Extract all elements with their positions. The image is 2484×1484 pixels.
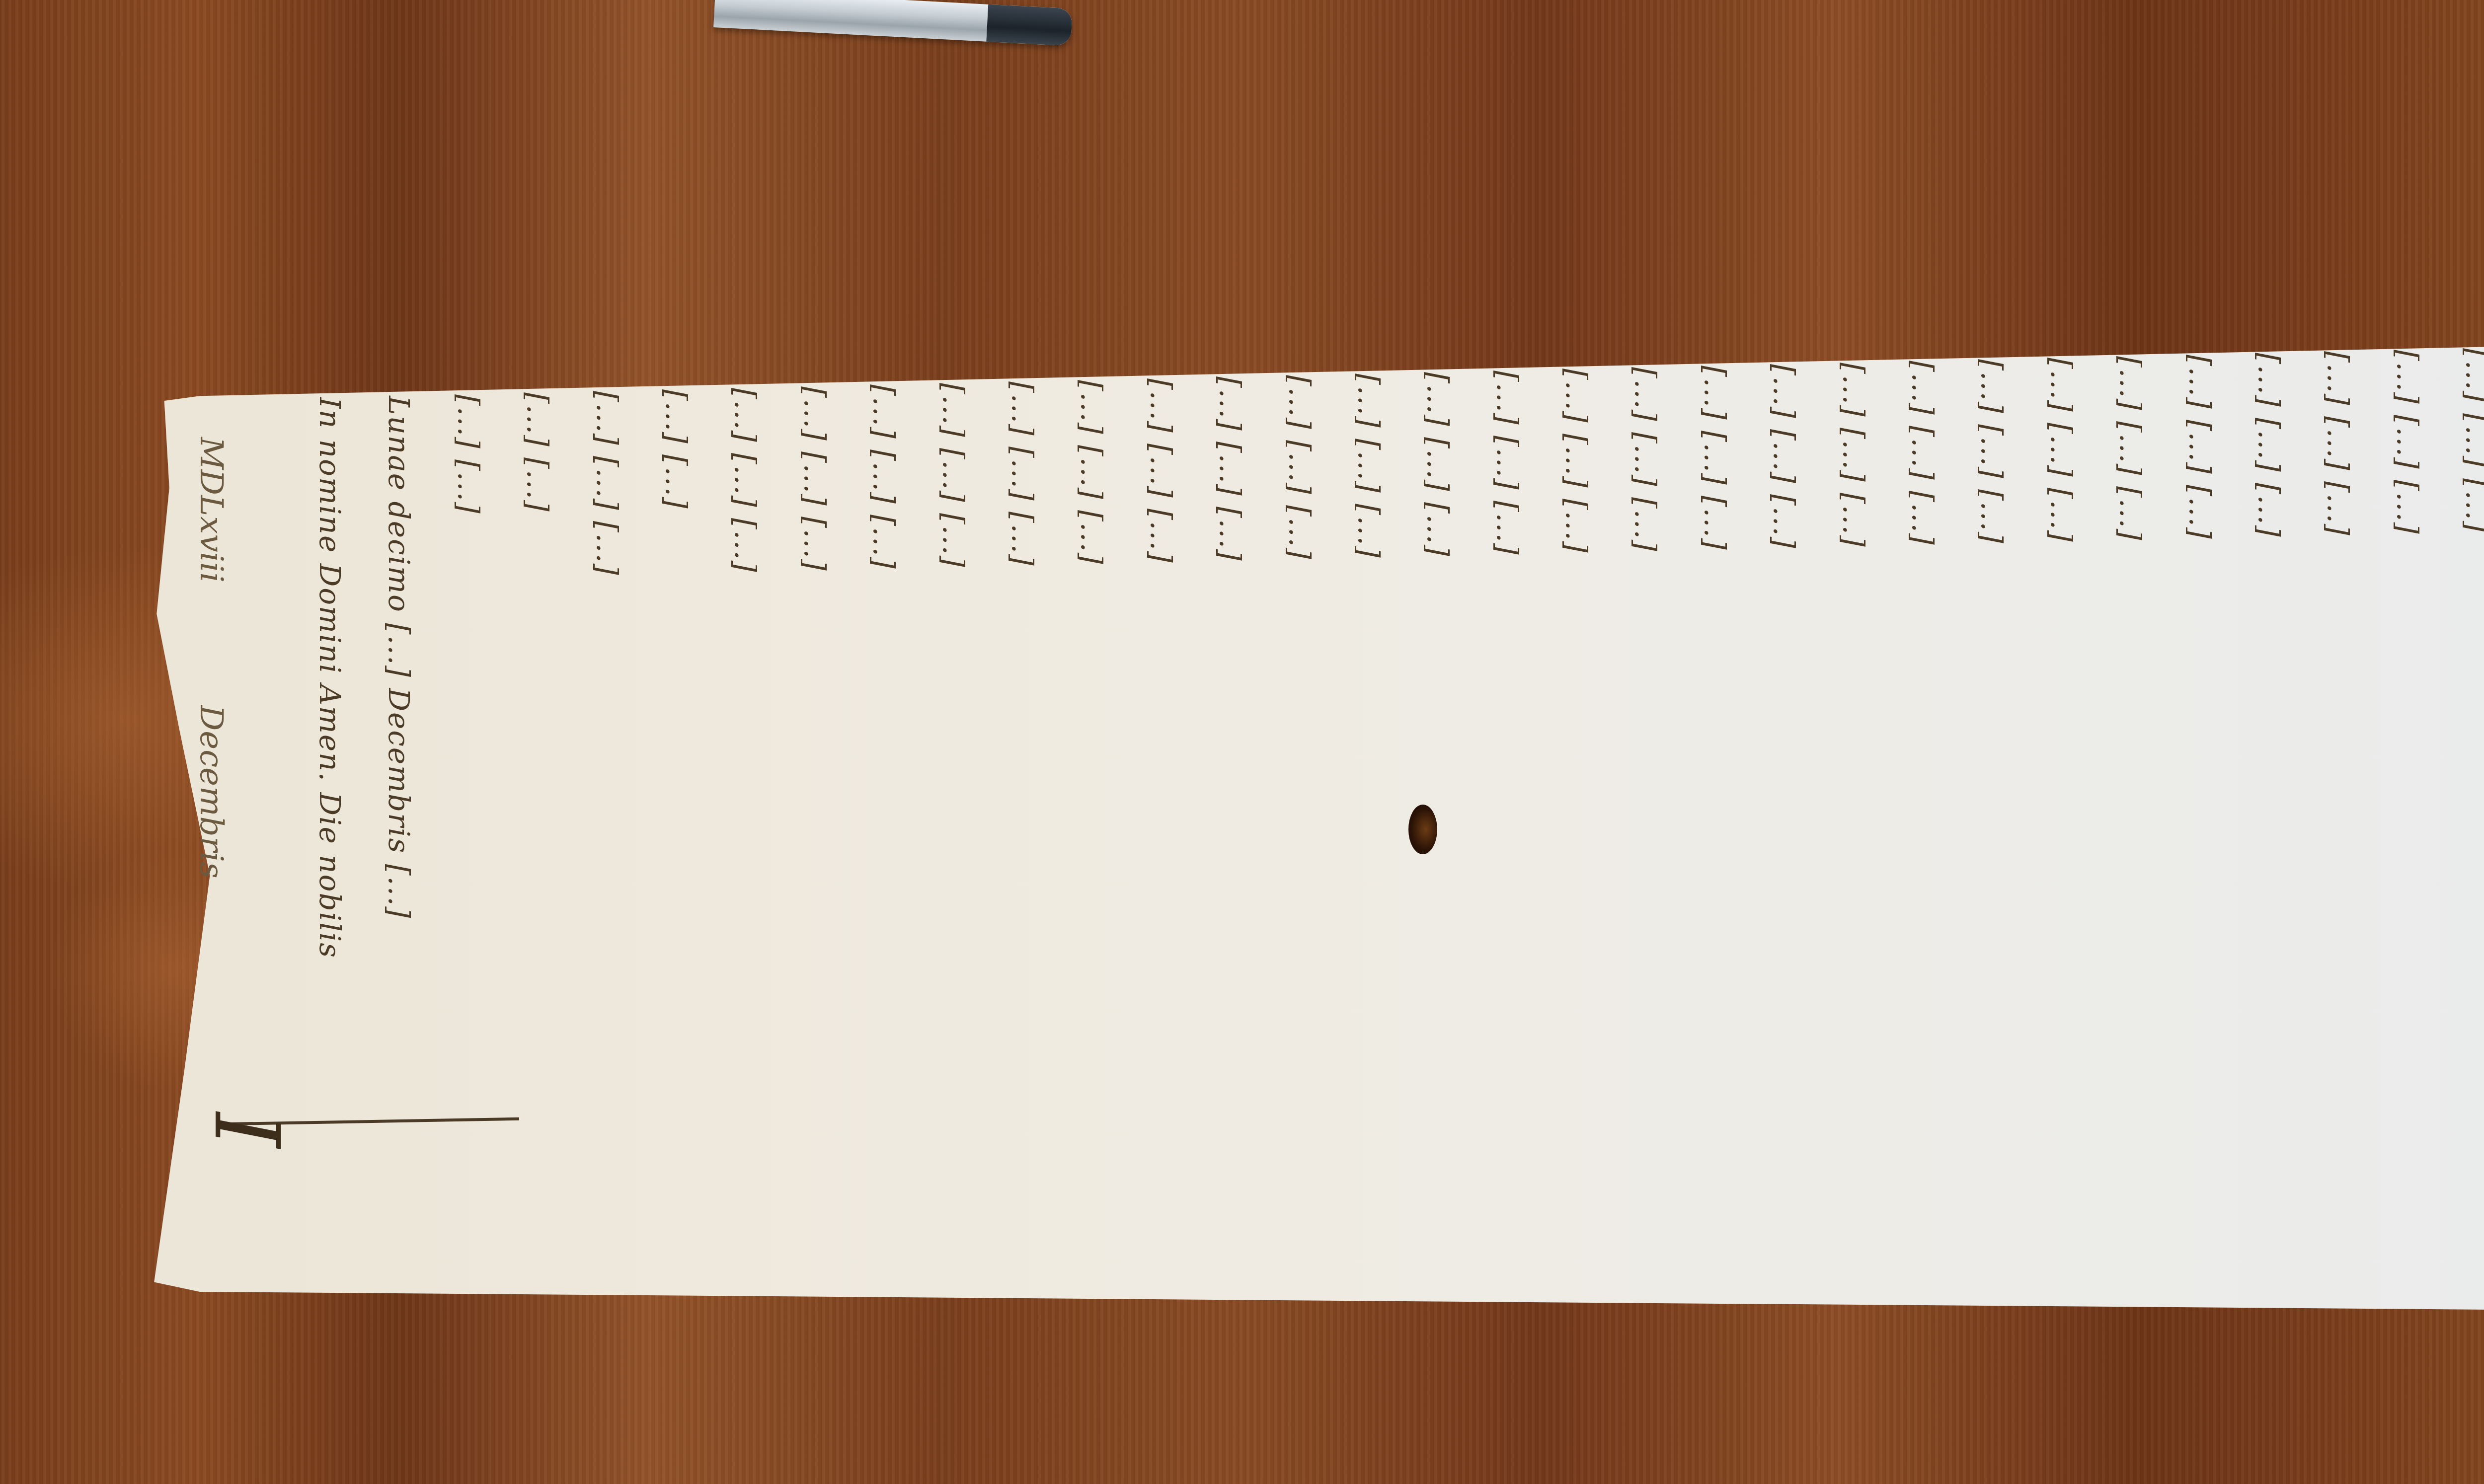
manuscript-line: [...] [...] [...] [1144,378,1178,564]
manuscript-line: [...] [...] [...] [1906,361,1940,546]
manuscript-line: In nomine Domini Amen. Die nobilis [313,397,347,959]
manuscript-line: [...] [...] [...] [867,384,901,570]
manuscript-line: [...] [...] [...] [1213,376,1247,562]
manuscript-line: [...] [...] [...] [2252,353,2286,538]
manuscript-line: [...] [...] [...] [1490,371,1524,556]
manuscript-line: [...] [...] [...] [2113,356,2147,541]
margin-note-month: Decembris [193,705,230,878]
manuscript-line: Lunae decimo [...] Decembris [...] [382,396,416,919]
manuscript-line: [...] [...] [...] [1352,373,1386,559]
manuscript-line: [...] [...] [...] [1006,381,1039,567]
manuscript-line: [...] [...] [659,389,693,510]
manuscript-line: [...] [...] [...] [2321,351,2355,536]
manuscript-line: [...] [...] [...] [1559,369,1593,554]
manuscript-line: [...] [...] [...] [2391,350,2424,535]
manuscript-line: [...] [...] [...] [1421,372,1455,557]
manuscript-line: [...] [...] [...] [728,388,762,573]
manuscript-line: [...] [...] [452,394,485,515]
manuscript-line: [...] [...] [...] [1698,366,1732,551]
manuscript-line: [...] [...] [...] [590,391,624,576]
manuscript-line: [...] [...] [...] [2460,348,2484,533]
paper-hole [1408,805,1437,854]
manuscript-line: [...] [...] [...] [1629,367,1662,552]
manuscript-line: [...] [...] [...] [1975,359,2009,544]
manuscript-line: [...] [...] [...] [1767,364,1801,549]
margin-note-year: MDLxviii [193,437,230,583]
initial-letter: I [194,1113,298,1148]
manuscript-line: [...] [...] [521,392,554,513]
manuscript-line: [...] [...] [...] [936,383,970,568]
manuscript-line: [...] [...] [...] [1837,363,1870,548]
manuscript-line: [...] [...] [...] [2183,355,2217,540]
manuscript-line: [...] [...] [...] [1075,380,1108,565]
pen-cap [986,4,1073,46]
manuscript-line: [...] [...] [...] [1283,375,1317,560]
manuscript-line: [...] [...] [...] [798,386,832,572]
manuscript-line: [...] [...] [...] [2044,358,2078,543]
